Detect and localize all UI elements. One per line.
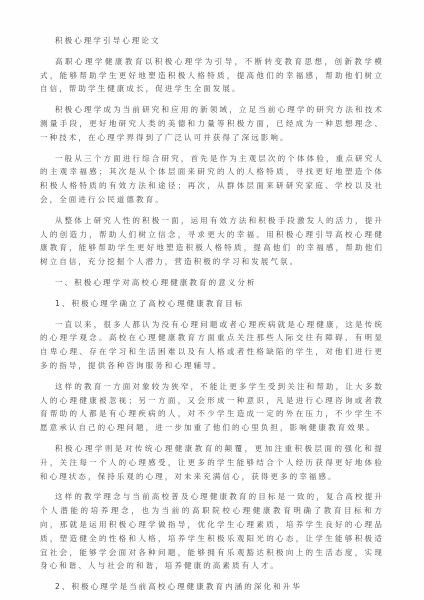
- paragraph: 这样的教育一方面对象较为狭窄，不能让更多学生受到关注和帮助，让大多数人的心理健康…: [40, 380, 384, 435]
- document-title: 积极心理学引导心理论文: [40, 34, 384, 48]
- paragraph: 积极心理学成为当前研究和应用的新领域，立足当前心理学的研究方法和技术测量手段，更…: [40, 103, 384, 144]
- paragraph: 一般从三个方面进行综合研究，首先是作为主观层次的个体体验，重点研究人的主观幸福感…: [40, 152, 384, 207]
- document-body: 高职心理学健康教育以积极心理学为引导，不断转变教育思想，创新教学模式，能够帮助学…: [40, 55, 384, 594]
- paragraph: 从整体上研究人性的积极一面，运用有效方法和积极手段激发人的活力，提升人的创造力，…: [40, 214, 384, 269]
- document-page: 积极心理学引导心理论文 高职心理学健康教育以积极心理学为引导，不断转变教育思想，…: [0, 0, 424, 600]
- section-heading: 一、积极心理学对高校心理健康教育的意义分析: [40, 276, 384, 290]
- paragraph: 高职心理学健康教育以积极心理学为引导，不断转变教育思想，创新教学模式，能够帮助学…: [40, 55, 384, 96]
- section-subheading: 2、积极心理学是当前高校心理健康教育内涵的深化和升华: [40, 580, 384, 594]
- paragraph: 积极心理学则是对传统心理健康教育的颠覆，更加注重积极层面的强化和提升，关注每一个…: [40, 442, 384, 483]
- paragraph: 这样的教学理念与当前高校普及心理健康教育的目标是一致的，复合高校提升个人潜能的培…: [40, 490, 384, 573]
- section-subheading: 1、积极心理学确立了高校心理健康教育目标: [40, 297, 384, 311]
- paragraph: 一直以来，很多人都认为没有心理问题或者心理疾病就是心理健康，这是传统的心理学观念…: [40, 318, 384, 373]
